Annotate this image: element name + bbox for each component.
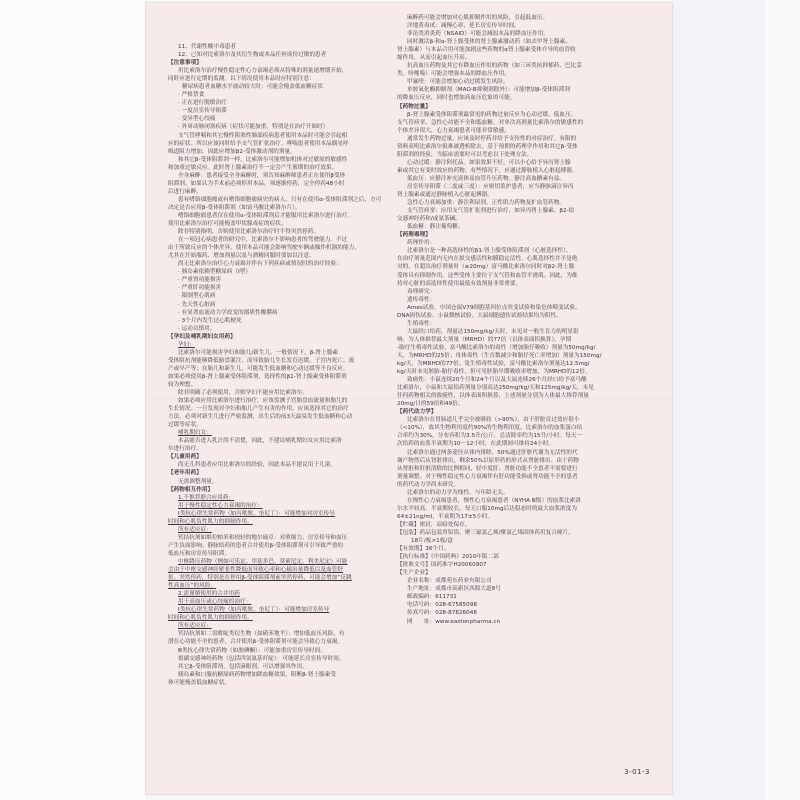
text-line: 谢产物然后从肾脏排出，剩余50%以原形药的形式从肾脏排出。由于药物 [397, 457, 635, 465]
text-line: 心动过缓：静注阿托品。如果效果不好，可以小心给予异丙肾上腺 [397, 159, 635, 167]
text-line: 从肾脏和肝脏清除的比例相同，轻中度肝、肾脏功能不全患者不需要进行 [397, 465, 635, 473]
section-heading: 【注意事项】 [168, 59, 394, 67]
text-line: 个体差异很大，心力衰竭患者可能非常敏感。 [397, 127, 635, 135]
text-line: · 变异型心绞痛 [168, 115, 394, 123]
text-line: 合率约为30%，分布容积为3.5升/公斤，总清除率约为15升/小时。每天一 [397, 432, 635, 440]
text-line: 比索洛尔可能损害孕妇和胎儿/新生儿。一般情况下，β-肾上腺素 [168, 349, 394, 357]
text-line: 较为理想。 [168, 381, 394, 389]
section-heading: 【药理毒理】 [397, 231, 635, 239]
text-line: · 胰岛素依赖型糖尿病（Ⅰ型） [168, 268, 394, 276]
text-line: 麻醉药可能会增加对心肌抑制作用的风险，引起低血压。 [397, 14, 635, 22]
right-column: 麻醉药可能会增加对心肌抑制作用的风险，引起低血压。洋地黄毒甙：减慢心率，延长房室… [397, 14, 635, 626]
text-line: 通常发生药物过量，应该及时停药并给予支持性的对症治疗。有限的 [397, 135, 635, 143]
text-line: 产生负面影响。静脉给药的患者合并使用β-受体阻滞剂可引导致严重的 [168, 542, 394, 550]
text-line: 肾上腺素或通过静脉植入心脏起搏器。 [397, 191, 635, 199]
text-line: 会由于中枢交感神经紧张性降低而导致心率和心输出量降低以及血管舒 [168, 566, 394, 574]
text-line: 阻滞剂。如果认为手术前必须停用本品，须逐渐停药，完全停药48小时 [168, 180, 394, 188]
text-line: 除非明确了必须使用，否则孕妇不能应用比索洛尔。 [168, 389, 394, 397]
text-line: 低血压：应静注补充液体及血管升压药物。静注高血糖素有益。 [397, 175, 635, 183]
text-line: 【批准文号】国药准字H20060907 [397, 561, 635, 569]
text-line: 房室传导阻滞（二度或三度）：应密切监护患者，应当静脉滴注异丙 [397, 183, 635, 191]
section-heading: 【药代动力学】 [397, 408, 635, 416]
text-line: 钙拮抗剂如二氢吡啶类衍生物（如硝苯地平）：增加低血压风险，有 [168, 630, 394, 638]
text-line: 用于高血压或心绞痛的治疗： [168, 598, 394, 606]
text-line: 剂量调整。对于慢性稳定性心力衰竭伴有肝功能受损或肾功能不全的患者 [397, 473, 635, 481]
text-line: 和加重过敏反应。此时肾上腺素治疗不一定会产生预期的治疗效果。 [168, 164, 394, 172]
text-line: 资料表明比索洛尔很难被透析除去。基于预期的药理学作用和其它β-受体 [397, 143, 635, 151]
text-line: · 一度房室传导阻滞 [168, 107, 394, 115]
text-line: Ⅰ类抗心律失常药物（如丙吡胺、奎尼丁）：可能增加房室传导 [168, 606, 394, 614]
text-line: 响。为人体推荐最大剂量（MRHD）的77倍（以体表面积换算）。孕期 [397, 336, 635, 344]
text-line: 企业名称：成都苑东药业有限公司 [397, 577, 635, 585]
text-line: 尚无比索洛尔治疗心力衰竭并伴有下列疾病或情况时的治疗经验： [168, 260, 394, 268]
text-line: 生殖毒性： [397, 320, 635, 328]
text-line: 持对心脏的高选择性使用最低有效剂量非常重要。 [397, 280, 635, 288]
text-line: 应的症状。所以应该同时给予支气管扩张治疗。哮喘患者使用本品偶见呼 [168, 140, 394, 148]
text-line: 用比索洛尔治疗慢性稳定性心力衰竭必须从特殊的剂量递增期开始， [168, 67, 394, 75]
text-line: 洋地黄毒甙：减慢心率，延长房室传导时间。 [397, 22, 635, 30]
text-line: 张。突然停药，特别是在停用β-受体阻滞剂前突然停药，可能会增加“反跳 [168, 574, 394, 582]
section-heading: 【药物相互作用】 [168, 486, 394, 494]
section-heading: 【儿童用药】 [168, 453, 394, 461]
text-line: 【贮藏】密封，凉暗处保存。 [397, 521, 635, 529]
text-line: 64±21ng/ml，半衰期为17±5小时。 [397, 513, 635, 521]
text-line: 方法。必须对新生儿进行严密监测，出生后的前3天最易发生低血糖和心动 [168, 413, 394, 421]
text-line: 比索洛尔是一种高选择性的β1-肾上腺受体阻滞剂（心脏选择性）， [397, 247, 635, 255]
text-line: 对的，在超出治疗剂量时（≥20mg）富马酸比索洛尔同时对β2-肾上腺 [397, 263, 635, 271]
text-line: 胰岛素和口服抗糖尿病药物增加降血糖效果，阻断β-肾上腺素受 [168, 671, 394, 679]
text-line: 所有适应症： [168, 526, 394, 534]
text-line: 的降血压反应，同时也增加高血压危象的可能。 [397, 94, 635, 102]
text-line: 同时激活β-和α-肾上腺受体的肾上腺素激动药（如去甲肾上腺素、 [397, 38, 635, 46]
text-line: · 先天性心脏病 [168, 301, 394, 309]
text-line: 其它β-受体阻滞剂，包括滴眼剂，可以增强其作用。 [168, 663, 394, 671]
text-line: 传真号码：028-87826048 [397, 609, 635, 617]
text-line: · 严格禁食 [168, 91, 394, 99]
section-heading: 【药物过量】 [397, 103, 635, 111]
text-line: 尔进行治疗。 [168, 445, 394, 453]
text-line: Ⅰ类抗心律失常药物（如丙吡胺、奎尼丁）：可能增加对房室传导 [168, 510, 394, 518]
text-line: 类、吩噻嗪）可能会增强本品的降血压作用。 [397, 70, 635, 78]
text-line: 比索洛尔的动力学为线性，与年龄无关。 [397, 489, 635, 497]
background-left [0, 0, 146, 800]
text-line: Ⅲ类抗心律失常药物（如胺碘酮）：可能加重房室传导时间。 [168, 647, 394, 655]
text-line: 天，为MRHD的25倍；母体毒性（生育数减少和胎仔死亡率增加）剂量为150mg/ [397, 352, 635, 360]
text-line: 遗传毒性： [397, 296, 635, 304]
text-line: 支气管痉挛：应用支气管扩张剂进行治疗，如异丙肾上腺素、β2-拟 [397, 207, 635, 215]
text-line: · 正在进行脱敏治疗 [168, 99, 394, 107]
text-line: 性高血压”的风险。 [168, 582, 394, 590]
text-line: （<10%），故其生物利用度约90%的生物利用度。比索洛尔的血浆蛋白结 [397, 424, 635, 432]
text-line: 哺乳期妇女： [168, 429, 394, 437]
text-line: 受体具有抑制作用，这些受体主要位于支气管和血管平滑肌。因此，为维 [397, 272, 635, 280]
text-line: 体可能掩盖低血糖症状。 [168, 679, 394, 687]
text-line: 交感神经药和/或氨茶碱。 [397, 215, 635, 223]
left-column: 11、代谢性酸中毒患者12、已知对比索洛尔及其衍生物或本品任何成份过敏的患者【注… [168, 43, 394, 687]
page-code: 3-01-3 [624, 768, 650, 776]
text-line: 由于所致反应的个体差异，使用本品可能会影响驾驶车辆或操作机器的能力， [168, 244, 394, 252]
text-line: 肾上腺素）与本品合用可能加剧这些药物的α肾上腺素受体介导的血管收 [397, 46, 635, 54]
text-line: 比索洛尔，小鼠和大鼠给药剂量分别高达250mg/kg/天和125mg/kg/天，… [397, 384, 635, 392]
text-line: 1.不推荐联合应用药： [168, 494, 394, 502]
text-line: 支气管痉挛、急性心功能不全和低血糖。对单次高剂量比索洛尔的敏感性的 [397, 119, 635, 127]
text-line: 拟副交感神经药物（包括四氢氨基吖啶）：可能延长房室传导时间。 [168, 655, 394, 663]
text-line: 20mg/日的59倍和49倍。 [397, 400, 635, 408]
text-line: β-肾上腺素受体阻滞剂最常见的药物过量反应为心动过缓、低血压、 [397, 111, 635, 119]
text-line: 患有嗜铬细胞瘤或有嗜铬细胞瘤病史的病人，只有在使用α-受体阻滞剂之后，方可 [168, 196, 394, 204]
text-line: 甲氟喹：可能会增加心动过缓发生风险。 [397, 78, 635, 86]
text-line: 孕妇： [168, 341, 394, 349]
text-line: 在治疗剂量范围内无内在拟交感活性和膜稳定活性。心肌选择性并不是绝 [397, 255, 635, 263]
text-line: 抗高血压药物及其它有降血压作用的药物（如三环类抗抑郁药、巴比妥 [397, 62, 635, 70]
section-heading: 【老年用药】 [168, 469, 394, 477]
text-line: kg/天，为MRHD的77倍。兔生殖毒性试验，富马酸比索洛尔剂量达12.5mg/ [397, 360, 635, 368]
text-line: 的药代动力学尚未研究。 [397, 481, 635, 489]
text-line: 中枢降压药物（例如可乐定、甲基多巴、莫索尼定、利美尼定）可能 [168, 558, 394, 566]
text-line: 药理作用： [397, 239, 635, 247]
text-line: 本品能否进入乳汁尚不清楚，因此，不建议哺乳期妇女应用比索洛 [168, 437, 394, 445]
text-line: 支气管哮喘和其它慢性阻塞性肺部疾病患者使用本品时可能会引起相 [168, 132, 394, 140]
text-line: · 严重肝功能损害 [168, 284, 394, 292]
text-line: kg/天时未见胚胎-胎仔毒性，但可见胚胎早期吸收率增加，为MRHD的12倍。 [397, 368, 635, 376]
text-line: 【有效期】36个月。 [397, 545, 635, 553]
text-line: Ames试验、中国仓鼠V79细胞基因位点突变试验和染色体畸变试验、 [397, 304, 635, 312]
text-line: 邮政编码：611731 [397, 593, 635, 601]
text-line: 产或早产等；在胎儿和新生儿，可能发生低血糖和心动过缓等不良反应。 [168, 365, 394, 373]
text-line: 次给药的血浆半衰期为10－12小时，在此期间可维持24小时。 [397, 440, 635, 448]
text-line: 电话号码：028-67585098 [397, 601, 635, 609]
text-line: 钙拮抗剂如维拉帕米和较轻的地尔硫卓：对收缩力、房室传导和血压 [168, 534, 394, 542]
text-line: · 3个月内发生过心肌梗死 [168, 317, 394, 325]
text-line: · 严重肾功能损害 [168, 276, 394, 284]
text-line: 致癌性：小鼠连续20个月和24个月以及大鼠连续26个月经口给予富马酸 [397, 376, 635, 384]
text-line: 后进行麻醉。 [168, 188, 394, 196]
text-line: 比索洛尔在胃肠道几乎完全被吸收（>90%），由于肝脏首过效应很小 [397, 416, 635, 424]
text-line: 12、已知对比索洛尔及其衍生物或本品任何成份过敏的患者 [168, 51, 394, 59]
text-line: 糖尿病患者血糖水平波动较大时：可能会掩盖低血糖症状 [168, 83, 394, 91]
text-line: 阻滞剂的经验，当临床需要时可以考虑以下处理方法。 [397, 151, 635, 159]
text-line: 生产地址：成都市高新区西源大道8号 [397, 585, 635, 593]
text-line: 嗜铬细胞瘤患者仅在使用α-受体阻滞剂后才能服用比索洛尔进行治疗。 [168, 212, 394, 220]
text-line: 非甾类消炎药（NSAID）可能会减弱本品的降血压作用。 [397, 30, 635, 38]
text-line: 使用比索洛尔治疗可能掩盖甲状腺毒症的症状。 [168, 220, 394, 228]
package-insert-sheet: 11、代谢性酸中毒患者12、已知对比索洛尔及其衍生物或本品任何成份过敏的患者【注… [146, 3, 672, 794]
text-line: 毒理研究： [397, 288, 635, 296]
text-line: · 限制型心肌病 [168, 292, 394, 300]
text-line: 无需调整剂量。 [168, 478, 394, 486]
text-line: 【执行标准】《中国药典》2010年版二部 [397, 553, 635, 561]
text-line: 同时应进行定期的监测。以下情况使用本品时应特别注意： [168, 75, 394, 83]
text-line: 大鼠经口给药，剂量达150mg/kg/天时，未见对一般生育力的明显影 [397, 328, 635, 336]
text-line: · 有显著血流动力学改变的器质性瓣膜病 [168, 309, 394, 317]
text-line: 素或其它有变时效应的药物。有些情况下，应通过静脉植入心脏起搏器。 [397, 167, 635, 175]
text-line: -胎仔生殖毒性试验，富马酸比索洛尔的毒性（增加胎仔吸收）剂量为50mg/kg/ [397, 344, 635, 352]
text-line: 比索洛尔通过两条途径从体内排除，50%通过肝脏代谢为无活性的代 [397, 449, 635, 457]
text-line: 网 址：www.eastonpharma.cn [397, 618, 635, 626]
text-line: 尤其在开始服药、增加剂量以及与酒精同服时要加以注意。 [168, 252, 394, 260]
text-line: 低血糖：静注葡萄糖。 [397, 223, 635, 231]
text-line: 所有适应症： [168, 622, 394, 630]
text-line: 用于慢性稳定性心力衰竭的治疗： [168, 502, 394, 510]
text-line: 在慢性心力衰竭患者，慢性心力衰竭患者（NYHA Ⅲ级）的血浆比索洛 [397, 497, 635, 505]
text-line: 时间和心肌负性肌力的抑制作用。 [168, 614, 394, 622]
text-line: 过缓等症状。 [168, 421, 394, 429]
text-line: 任何药物相关的致癌性，以体表面积换算，上述剂量分别为人体最大推荐剂量 [397, 392, 635, 400]
text-line: · 外周动脉闭塞疾病（症状可能加重，特别是在治疗开始时） [168, 123, 394, 131]
text-line: 尚无儿科患者应用比索洛尔的经验，因此本品不建议用于儿童。 [168, 461, 394, 469]
text-line: 如果必须应用比索洛尔进行治疗，应该监测子宫胎盘血流量和胎儿的 [168, 397, 394, 405]
text-line: 受体阻抗剂能够降低胎盘灌注，而导致胎儿生长发育迟缓，子宫内死亡、流 [168, 357, 394, 365]
text-line: 2.需谨慎使用的合并用药 [168, 590, 394, 598]
text-line: 和其它β-受体阻滞剂一样，比索洛尔可能增加机体对过敏原的敏感性 [168, 156, 394, 164]
text-line: 生长情况。一旦发现对孕妇和胎儿产生有害的作用，应该选择其它的治疗 [168, 405, 394, 413]
text-line: 除非特别指明，否则使用比索洛尔治疗时不得突然停药。 [168, 228, 394, 236]
text-line: 全身麻醉：患者接受全身麻醉时，须告知麻醉师患者正在使用β受体 [168, 172, 394, 180]
text-line: 【包装】药品包装用铝箔、聚三氟氯乙烯/聚氯乙烯固体药用复合硬片， [397, 529, 635, 537]
section-heading: 【孕妇及哺乳期妇女用药】 [168, 333, 394, 341]
text-line: DNA损伤试验、小鼠微核试验、大鼠细胞遗传试验结果均为阴性。 [397, 312, 635, 320]
text-line: 单胺氧化酶抑制剂（MAO-B抑制剂除外）：可能增加β-受体阻滞剂 [397, 86, 635, 94]
text-line: 时间和心肌负性肌力的抑制作用。 [168, 518, 394, 526]
text-line: 11、代谢性酸中毒患者 [168, 43, 394, 51]
text-line: 尔水平较高，半衰期较长。每天口服10mg后达稳态时的最大血浆浓度为 [397, 505, 635, 513]
text-line: 低血压和房室传导阻滞。 [168, 550, 394, 558]
text-line: 决定是否应用β-受体阻滞剂（如富马酸比索洛尔片）。 [168, 204, 394, 212]
text-line: · 运动员慎用。 [168, 325, 394, 333]
text-line: 【生产企业】 [397, 569, 635, 577]
text-line: 在一项冠心病患者的研究中，比索洛尔不影响患者的驾驶能力。不过 [168, 236, 394, 244]
text-line: 18片/板×1板/盒 [397, 537, 635, 545]
text-line: 如果必须使用β-肾上腺素受体阻滞剂，选择性的β1-肾上腺素受体阻滞剂 [168, 373, 394, 381]
text-line: 缩作用，从而引起血压升高。 [397, 54, 635, 62]
text-line: 急性心力衰竭加重：静注利尿剂、正性肌力药物及扩血管药物。 [397, 199, 635, 207]
text-line: 吸道阻力增加，因此应增加β2-受体激动剂的剂量。 [168, 148, 394, 156]
text-line: 潜在心功能不全的患者，合并使用β-受体阻滞剂可能会导致心力衰竭。 [168, 638, 394, 646]
background-right-edge [765, 0, 800, 800]
